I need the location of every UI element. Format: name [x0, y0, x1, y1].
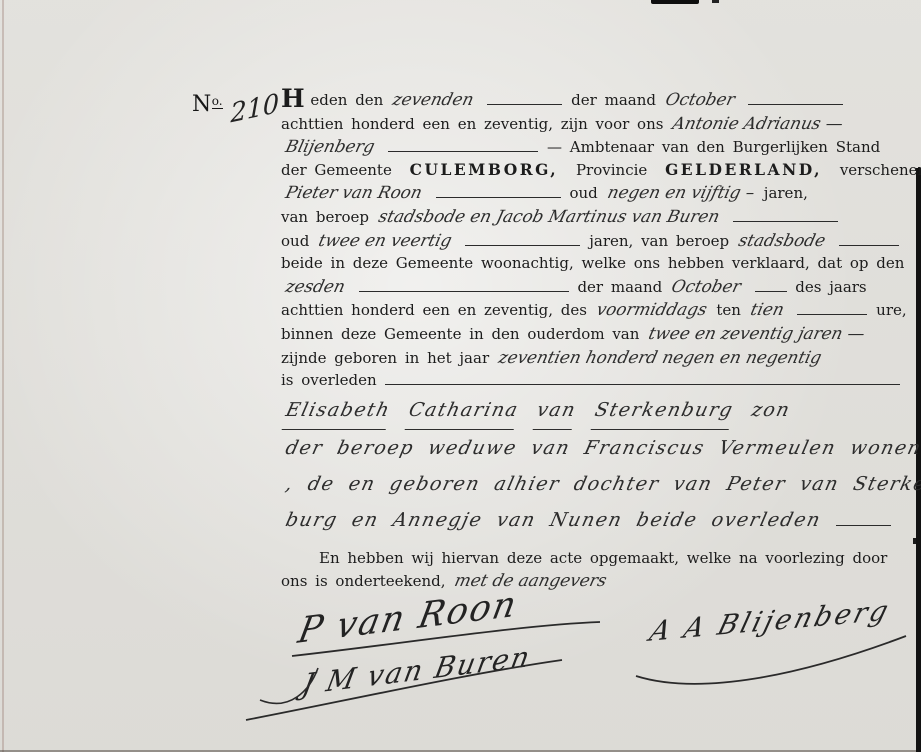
act-line: Pieter van Roon oud negen en vijftig – j…: [281, 181, 913, 205]
handwritten-text: zesden: [283, 275, 347, 298]
printed-caps: GELDERLAND,: [665, 160, 822, 179]
act-line: zesden der maand October des jaars: [281, 275, 913, 299]
handwritten-name: Elisabeth: [282, 392, 395, 430]
act-line: binnen deze Gemeente in den ouderdom van…: [281, 322, 913, 346]
scan-artifact-right-notch: [913, 538, 916, 544]
printed-text: oud: [569, 184, 597, 202]
scan-artifact-top-mark: [651, 0, 699, 4]
printed-text: eden den: [310, 91, 383, 109]
printed-text: verschenen: [840, 161, 921, 179]
filler-rule: [797, 304, 867, 315]
act-line: Blijenberg — Ambtenaar van den Burgerlij…: [281, 135, 913, 159]
signature-a-a-blijenberg: A A Blijenberg: [646, 595, 894, 648]
printed-text: — Ambtenaar van den Burgerlijken Stand: [547, 138, 880, 156]
filler-rule: [359, 281, 569, 292]
filler-rule: [839, 234, 899, 245]
scan-edge-left: [2, 0, 4, 752]
handwritten-text: Blijenberg: [283, 135, 377, 158]
printed-text: ure,: [876, 301, 906, 319]
printed-text: der Gemeente: [281, 161, 392, 179]
act-number: No. 210: [192, 92, 279, 124]
printed-text: ten: [716, 301, 741, 319]
handwritten-text: stadsbode: [736, 229, 827, 252]
act-line: beide in deze Gemeente woonachtig, welke…: [281, 252, 913, 275]
handwritten-text: burg en Annegje van Nunen beide overlede…: [282, 502, 825, 538]
printed-text: Provincie: [576, 161, 647, 179]
handwritten-text: zon: [748, 392, 794, 428]
printed-text: der maand: [577, 278, 662, 296]
printed-caps: CULEMBORG,: [410, 160, 559, 179]
handwritten-name: Catharina: [405, 392, 523, 430]
handwritten-name: Sterkenburg: [591, 392, 738, 430]
handwritten-text: tien: [748, 298, 786, 321]
death-record-page: No. 210 H eden den zevenden der maand Oc…: [0, 0, 921, 752]
act-line: is overleden: [281, 369, 913, 392]
handwritten-text: negen en vijftig –: [605, 181, 757, 204]
handwritten-text: zevenden: [391, 88, 477, 111]
act-line: oud twee en veertig jaren, van beroep st…: [281, 229, 913, 253]
filler-rule: [465, 234, 580, 245]
handwritten-text: zeventien honderd negen en negentig: [496, 346, 824, 369]
act-number-value: 210: [230, 89, 279, 130]
handwritten-text: October: [663, 88, 737, 111]
printed-text: is overleden: [281, 371, 377, 389]
act-line: ons is onderteekend, met de aangevers: [281, 569, 913, 593]
handwritten-text: October: [669, 275, 743, 298]
printed-text: binnen deze Gemeente in den ouderdom van: [281, 325, 639, 343]
act-line: achttien honderd een en zeventig, des vo…: [281, 298, 913, 322]
act-number-superscript: o.: [212, 94, 223, 109]
act-line: burg en Annegje van Nunen beide overlede…: [281, 502, 913, 538]
printed-text: En hebben wij hiervan deze acte opgemaak…: [319, 549, 887, 567]
act-line: van beroep stadsbode en Jacob Martinus v…: [281, 205, 913, 229]
printed-text: jaren,: [764, 184, 808, 202]
printed-text: des jaars: [795, 278, 866, 296]
printed-text: oud: [281, 232, 309, 250]
act-line: , de en geboren alhier dochter van Peter…: [281, 466, 913, 502]
filler-rule: [385, 374, 900, 385]
filler-rule: [388, 141, 538, 152]
filler-rule: [733, 211, 838, 222]
handwritten-name: van: [533, 392, 581, 430]
handwritten-text: stadsbode en Jacob Martinus van Buren: [376, 205, 722, 228]
printed-text: van beroep: [281, 208, 369, 226]
act-line: Elisabeth Catharina van Sterkenburg zon: [281, 392, 913, 430]
act-line: der Gemeente CULEMBORG, Provincie GELDER…: [281, 159, 913, 182]
printed-text: achttien honderd een en zeventig, zijn v…: [281, 115, 663, 133]
signature-p-van-roon: P van Roon: [295, 584, 521, 652]
handwritten-text: , de en geboren alhier dochter van Peter…: [282, 466, 921, 502]
scan-artifact-top-dot: [712, 0, 719, 3]
signature-j-m-van-buren: J M van Buren: [300, 639, 535, 701]
printed-text: zijnde geboren in het jaar: [281, 349, 489, 367]
printed-text: jaren, van beroep: [589, 232, 729, 250]
handwritten-text: voormiddags: [594, 298, 709, 321]
handwritten-text: Pieter van Roon: [283, 181, 424, 204]
handwritten-text: der beroep weduwe van Franciscus Vermeul…: [282, 430, 921, 466]
act-number-prefix: N: [192, 92, 212, 117]
act-line: H eden den zevenden der maand October: [281, 86, 913, 112]
filler-rule: [436, 187, 561, 198]
initial-capital: H: [281, 84, 305, 113]
filler-rule: [755, 281, 787, 292]
filler-rule: [487, 94, 562, 105]
printed-text: beide in deze Gemeente woonachtig, welke…: [281, 254, 904, 272]
printed-text: achttien honderd een en zeventig, des: [281, 301, 587, 319]
handwritten-text: Antonie Adrianus —: [671, 112, 846, 135]
handwritten-text: twee en zeventig jaren —: [647, 322, 868, 345]
filler-rule: [836, 512, 891, 526]
printed-text: der maand: [571, 91, 656, 109]
act-line: achttien honderd een en zeventig, zijn v…: [281, 112, 913, 136]
printed-text: ons is onderteekend,: [281, 572, 446, 590]
act-line: der beroep weduwe van Franciscus Vermeul…: [281, 430, 913, 466]
act-body: H eden den zevenden der maand October ac…: [281, 86, 913, 593]
act-line: zijnde geboren in het jaar zeventien hon…: [281, 346, 913, 370]
filler-rule: [748, 94, 843, 105]
handwritten-text: twee en veertig: [316, 229, 454, 252]
act-line: En hebben wij hiervan deze acte opgemaak…: [281, 547, 913, 570]
